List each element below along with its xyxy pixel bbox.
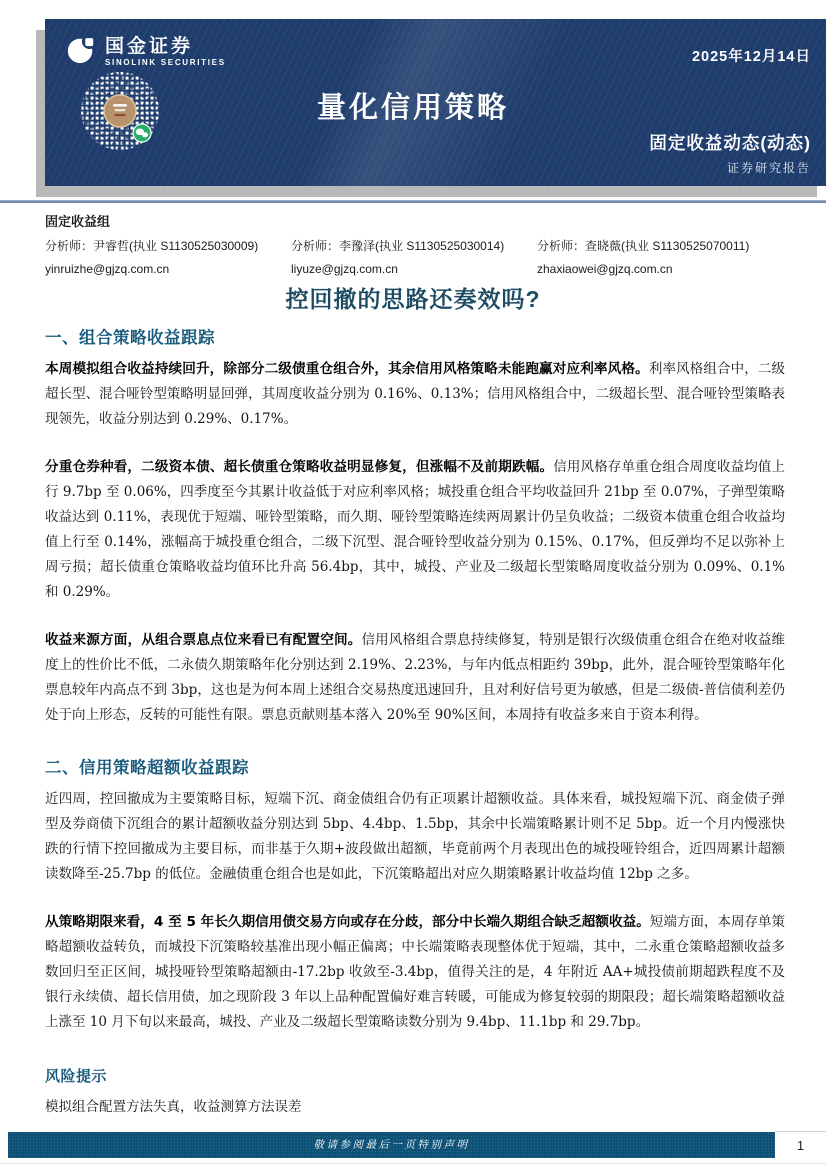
analysts-section: 固定收益组 分析师：尹睿哲(执业 S1130525030009) yinruiz… (45, 211, 786, 278)
paragraph: 本周模拟组合收益持续回升，除部分二级债重仓组合外，其余信用风格策略未能跑赢对应利… (45, 357, 785, 432)
paragraph-text: 信用风格存单重仓组合周度收益均值上行 9.7bp 至 0.06%，四季度至今其累… (45, 459, 785, 600)
report-body: 一、组合策略收益跟踪 本周模拟组合收益持续回升，除部分二级债重仓组合外，其余信用… (45, 324, 785, 1143)
analyst-email: yinruizhe@gjzq.com.cn (45, 260, 291, 279)
brand-name: 国金证券 (105, 36, 226, 58)
risk-text: 模拟组合配置方法失真，收益测算方法误差 (45, 1095, 785, 1120)
team-label: 固定收益组 (45, 211, 786, 230)
paragraph-text: 近四周，控回撤成为主要策略目标，短端下沉、商金债组合仍有正项累计超额收益。具体来… (45, 791, 785, 882)
section-heading-1: 一、组合策略收益跟踪 (45, 324, 785, 348)
analyst-title: 分析师：尹睿哲(执业 S1130525030009) (45, 237, 291, 256)
paragraph-text: 短端方面，本周存单策略超额收益转负，而城投下沉策略较基准出现小幅正偏离；中长端策… (45, 914, 785, 1030)
paragraph: 分重仓券种看，二级资本债、超长债重仓策略收益明显修复，但涨幅不及前期跌幅。信用风… (45, 455, 785, 605)
paragraph-lead: 本周模拟组合收益持续回升，除部分二级债重仓组合外，其余信用风格策略未能跑赢对应利… (45, 361, 649, 377)
brand-subtitle: SINOLINK SECURITIES (105, 58, 226, 67)
report-banner: 国金证券 SINOLINK SECURITIES (45, 19, 826, 186)
report-date: 2025年12月14日 (692, 45, 811, 66)
analyst-title: 分析师：查晓薇(执业 S1130525070011) (537, 237, 786, 256)
disclaimer-text: 敬请参阅最后一页特别声明 (314, 1139, 470, 1151)
paragraph-lead: 分重仓券种看，二级资本债、超长债重仓策略收益明显修复，但涨幅不及前期跌幅。 (45, 459, 553, 475)
analyst-title: 分析师：李豫泽(执业 S1130525030014) (291, 237, 537, 256)
brand: 国金证券 SINOLINK SECURITIES (65, 33, 226, 70)
analyst-card: 分析师：尹睿哲(执业 S1130525030009) yinruizhe@gjz… (45, 237, 291, 278)
analyst-email: liyuze@gjzq.com.cn (291, 260, 537, 279)
doc-type-label: 证券研究报告 (727, 159, 811, 176)
risk-heading: 风险提示 (45, 1065, 785, 1086)
page-bottom-divider (0, 1163, 826, 1164)
analyst-card: 分析师：李豫泽(执业 S1130525030014) liyuze@gjzq.c… (291, 237, 537, 278)
page-number: 1 (775, 1131, 826, 1159)
report-series-title: 量化信用策略 (45, 85, 781, 126)
analyst-card: 分析师：查晓薇(执业 S1130525070011) zhaxiaowei@gj… (537, 237, 786, 278)
page-title: 控回撤的思路还奏效吗? (0, 281, 826, 314)
research-report-page: { "header": { "brand_cn": "国金证券", "brand… (0, 0, 826, 1169)
section-heading-2: 二、信用策略超额收益跟踪 (45, 754, 785, 778)
paragraph-lead: 收益来源方面，从组合票息点位来看已有配置空间。 (45, 632, 362, 648)
paragraph: 收益来源方面，从组合票息点位来看已有配置空间。信用风格组合票息持续修复，特别是银… (45, 628, 785, 728)
paragraph: 从策略期限来看，4 至 5 年长久期信用债交易方向或存在分歧，部分中长端久期组合… (45, 910, 785, 1035)
analyst-email: zhaxiaowei@gjzq.com.cn (537, 260, 786, 279)
sinolink-logo-icon (65, 33, 97, 70)
series-label: 固定收益动态(动态) (649, 130, 811, 155)
paragraph: 近四周，控回撤成为主要策略目标，短端下沉、商金债组合仍有正项累计超额收益。具体来… (45, 787, 785, 887)
paragraph-lead: 从策略期限来看，4 至 5 年长久期信用债交易方向或存在分歧，部分中长端久期组合… (45, 914, 650, 930)
disclaimer-band: 敬请参阅最后一页特别声明 (8, 1132, 775, 1158)
header-divider (0, 200, 826, 203)
